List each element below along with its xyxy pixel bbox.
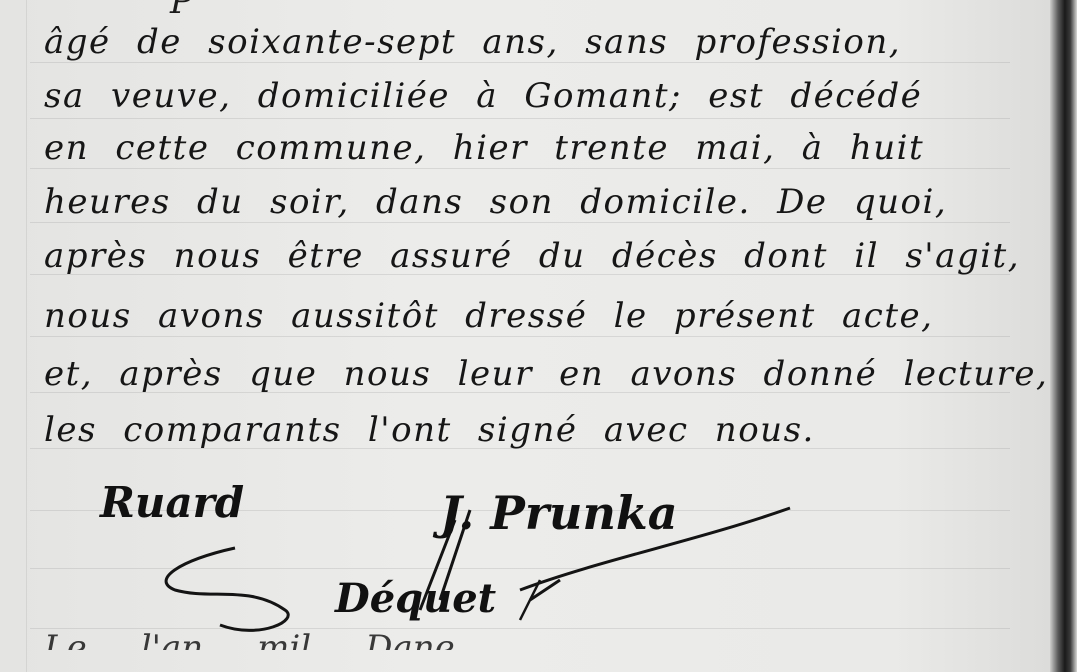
signature-flourishes xyxy=(0,0,1050,672)
page-binding-shadow xyxy=(1050,0,1077,672)
signature-left: Ruard xyxy=(100,478,244,527)
signature-right: J. Prunka xyxy=(440,486,678,540)
document-page: P âgé de soixante-sept ans, sans profess… xyxy=(0,0,1050,672)
signature-center: Déquet xyxy=(335,575,496,622)
